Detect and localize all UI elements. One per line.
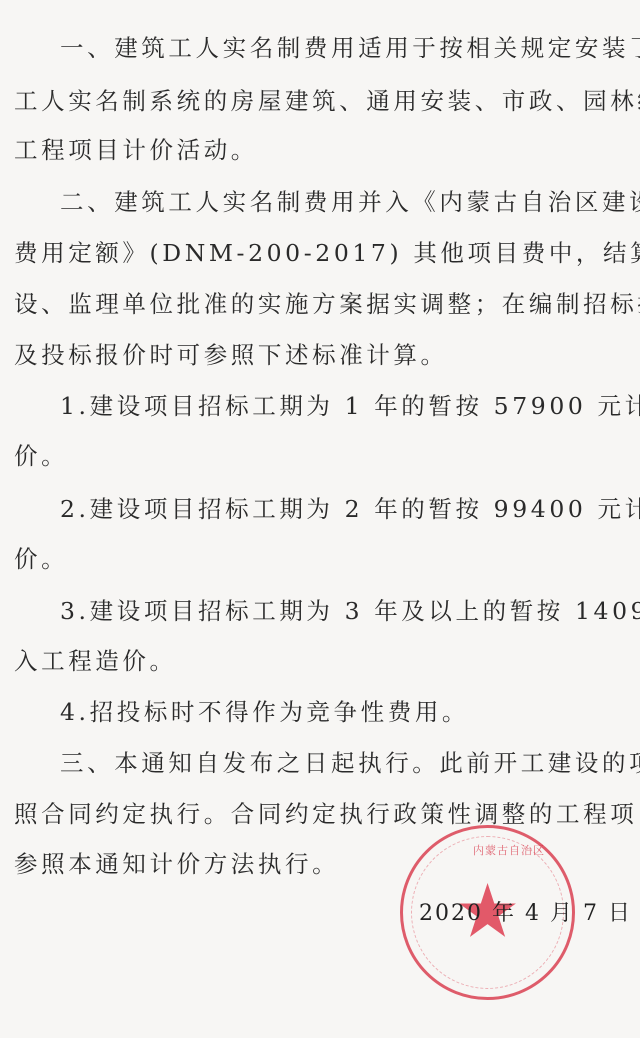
- seal-text: 内蒙古自治区: [473, 842, 545, 858]
- item-1-line-1: 1.建设项目招标工期为 1 年的暂按 57900 元计入工程造: [60, 391, 640, 421]
- item-2-line-2: 价。: [14, 544, 626, 574]
- paragraph-1-line-2: 工人实名制系统的房屋建筑、通用安装、市政、园林绿化等: [14, 86, 626, 116]
- paragraph-2-line-4: 及投标报价时可参照下述标准计算。: [14, 340, 626, 370]
- item-1-line-2: 价。: [14, 441, 626, 471]
- paragraph-3-line-2: 照合同约定执行。合同约定执行政策性调整的工程项目，可: [14, 799, 626, 829]
- document-date: 2020 年 4 月 7 日: [419, 896, 632, 927]
- item-2-line-1: 2.建设项目招标工期为 2 年的暂按 99400 元计入工程造: [60, 494, 640, 524]
- item-3-line-2: 入工程造价。: [14, 646, 626, 676]
- paragraph-1-line-3: 工程项目计价活动。: [14, 135, 626, 165]
- paragraph-2-line-2: 费用定额》(DNM-200-2017) 其他项目费中，结算时应按建: [14, 238, 626, 268]
- paragraph-2-line-1: 二、建筑工人实名制费用并入《内蒙古自治区建设工程: [60, 187, 640, 217]
- paragraph-1-line-1: 一、建筑工人实名制费用适用于按相关规定安装了建筑: [60, 33, 640, 63]
- document-page: 一、建筑工人实名制费用适用于按相关规定安装了建筑 工人实名制系统的房屋建筑、通用…: [0, 0, 640, 1038]
- paragraph-2-line-3: 设、监理单位批准的实施方案据实调整；在编制招标控制价: [14, 289, 626, 319]
- item-4-line-1: 4.招投标时不得作为竞争性费用。: [60, 697, 640, 727]
- item-3-line-1: 3.建设项目招标工期为 3 年及以上的暂按 140900 元计: [60, 596, 640, 626]
- paragraph-3-line-1: 三、本通知自发布之日起执行。此前开工建设的项目按: [60, 748, 640, 778]
